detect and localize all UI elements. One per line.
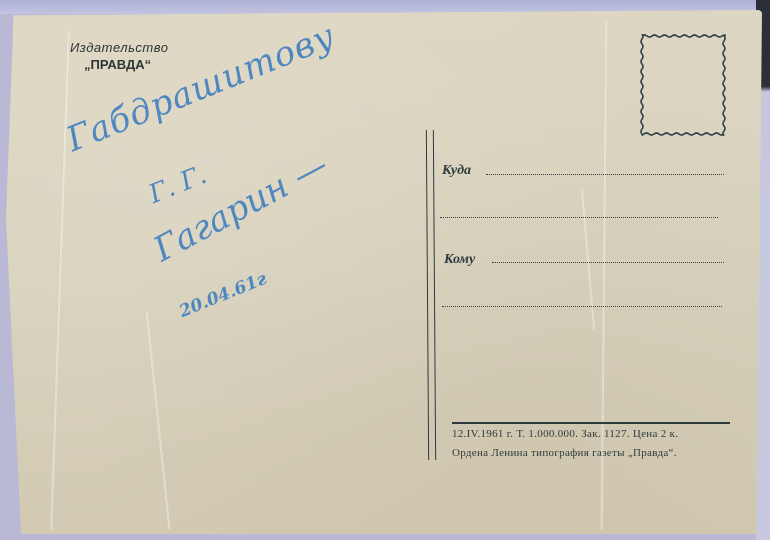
postcard: Издательство „ПРАВДА“ Габдрашитову Г. Г.… bbox=[6, 10, 762, 534]
handwritten-signature: Гагарин — bbox=[147, 145, 335, 270]
paper-crease bbox=[580, 190, 595, 330]
publisher-name: Издательство bbox=[70, 40, 210, 55]
stamp-box-icon bbox=[640, 34, 726, 136]
handwritten-date: 20.04.61г bbox=[177, 269, 270, 322]
handwritten-recipient-initials: Г. Г. bbox=[145, 160, 211, 210]
imprint-rule bbox=[452, 422, 730, 424]
publisher-block: Издательство „ПРАВДА“ bbox=[70, 40, 210, 72]
address-label-where: Куда bbox=[442, 163, 471, 179]
imprint-line-1: 12.IV.1961 г. Т. 1.000.000. Зак. 1127. Ц… bbox=[452, 428, 678, 440]
address-label-whom: Кому bbox=[444, 252, 475, 268]
address-line-where-2[interactable] bbox=[440, 217, 718, 218]
address-line-whom-2[interactable] bbox=[442, 306, 722, 307]
center-divider-double-line bbox=[426, 130, 436, 460]
address-line-where-1[interactable] bbox=[486, 174, 724, 175]
paper-crease bbox=[49, 30, 69, 530]
handwritten-recipient-name: Габдрашитову bbox=[61, 16, 341, 160]
paper-crease bbox=[145, 310, 171, 529]
address-line-whom-1[interactable] bbox=[492, 262, 724, 263]
imprint-line-2: Ордена Ленина типография газеты „Правда“… bbox=[452, 447, 677, 459]
